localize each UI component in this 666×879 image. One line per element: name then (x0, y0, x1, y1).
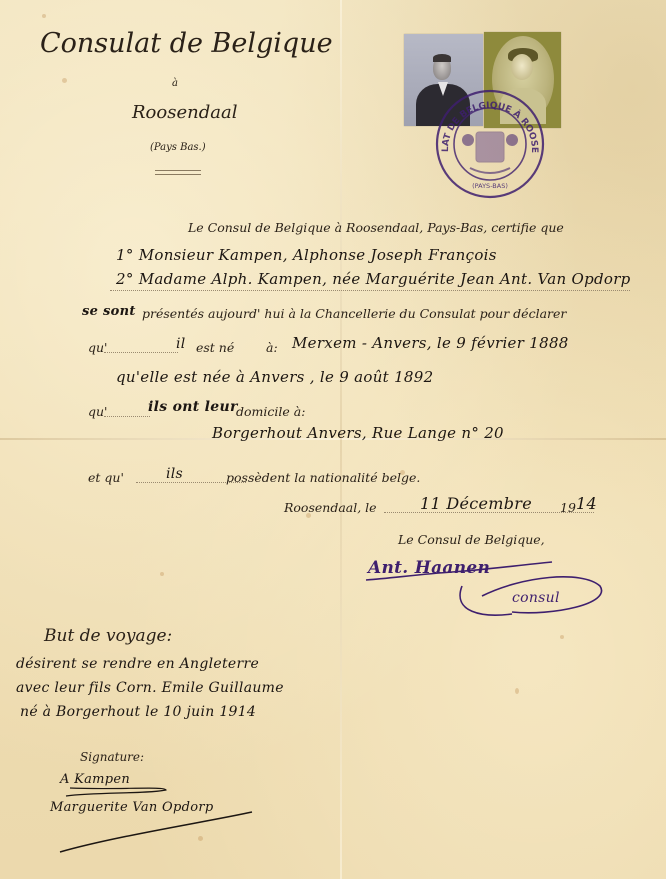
consul-signature-title: consul (512, 590, 560, 606)
nationality-line: possèdent la nationalité belge. (226, 470, 420, 485)
domicile-handwritten: ils ont leur (148, 399, 238, 415)
dotted-rule (104, 352, 178, 353)
person-2-line: 2° Madame Alph. Kampen, née Marguérite J… (116, 270, 631, 288)
born-2-handwritten: qu'elle est née à Anvers , le 9 août 189… (116, 368, 433, 386)
signature-label: Signature: (80, 750, 144, 764)
consulate-stamp: CONSULAT DE BELGIQUE À ROOSENDAAL (PAYS-… (434, 88, 546, 200)
dateline-year-print: 19 (560, 500, 576, 515)
born-label: est né (196, 340, 234, 355)
voyage-heading: But de voyage: (44, 626, 172, 646)
coat-of-arms-icon: CONSULAT DE BELGIQUE À ROOSENDAAL (PAYS-… (434, 88, 546, 200)
dotted-rule (110, 290, 630, 291)
consul-signature-name: Ant. Haanen (368, 558, 490, 578)
born-subject-handwritten: il (176, 336, 186, 352)
intro-line: Le Consul de Belgique à Roosendaal, Pays… (188, 220, 564, 235)
header-divider (155, 170, 201, 175)
consulate-country: (Pays Bas.) (150, 142, 206, 153)
dateline-date-handwritten: 11 Décembre (420, 494, 532, 513)
voyage-line-2: avec leur fils Corn. Emile Guillaume (16, 680, 284, 696)
person-1-line: 1° Monsieur Kampen, Alphonse Joseph Fran… (116, 246, 497, 264)
document-page: Consulat de Belgique à Roosendaal (Pays … (0, 0, 666, 879)
foxing-spot (160, 572, 164, 576)
dateline-place: Roosendaal, le (284, 500, 377, 515)
foxing-spot (560, 635, 564, 639)
nationality-handwritten: ils (166, 466, 183, 482)
born-place-date-handwritten: Merxem - Anvers, le 9 février 1888 (292, 334, 569, 352)
consul-signature: Ant. Haanen consul (362, 556, 612, 626)
address-handwritten: Borgerhout Anvers, Rue Lange n° 20 (212, 424, 504, 442)
nationality-etqu-label: et qu' (88, 470, 124, 485)
consulate-city: Roosendaal (132, 102, 237, 123)
svg-text:(PAYS-BAS): (PAYS-BAS) (472, 182, 508, 190)
voyage-line-1: désirent se rendre en Angleterre (16, 656, 259, 672)
presented-line: présentés aujourd' hui à la Chancellerie… (142, 306, 566, 321)
consulate-title: Consulat de Belgique (40, 28, 333, 59)
voyage-line-3: né à Borgerhout le 10 juin 1914 (20, 704, 256, 720)
dateline-year-handwritten: 14 (576, 494, 597, 513)
presented-handwritten: se sont (82, 304, 136, 319)
born-a-label: à: (266, 340, 278, 355)
domicile-label: domicile à: (236, 404, 305, 419)
dotted-rule (104, 416, 150, 417)
foxing-spot (62, 78, 67, 83)
header-preposition: à (172, 78, 178, 89)
foxing-spot (515, 688, 519, 694)
consul-label: Le Consul de Belgique, (398, 532, 545, 547)
signature-flourish (56, 776, 256, 856)
foxing-spot (42, 14, 46, 18)
